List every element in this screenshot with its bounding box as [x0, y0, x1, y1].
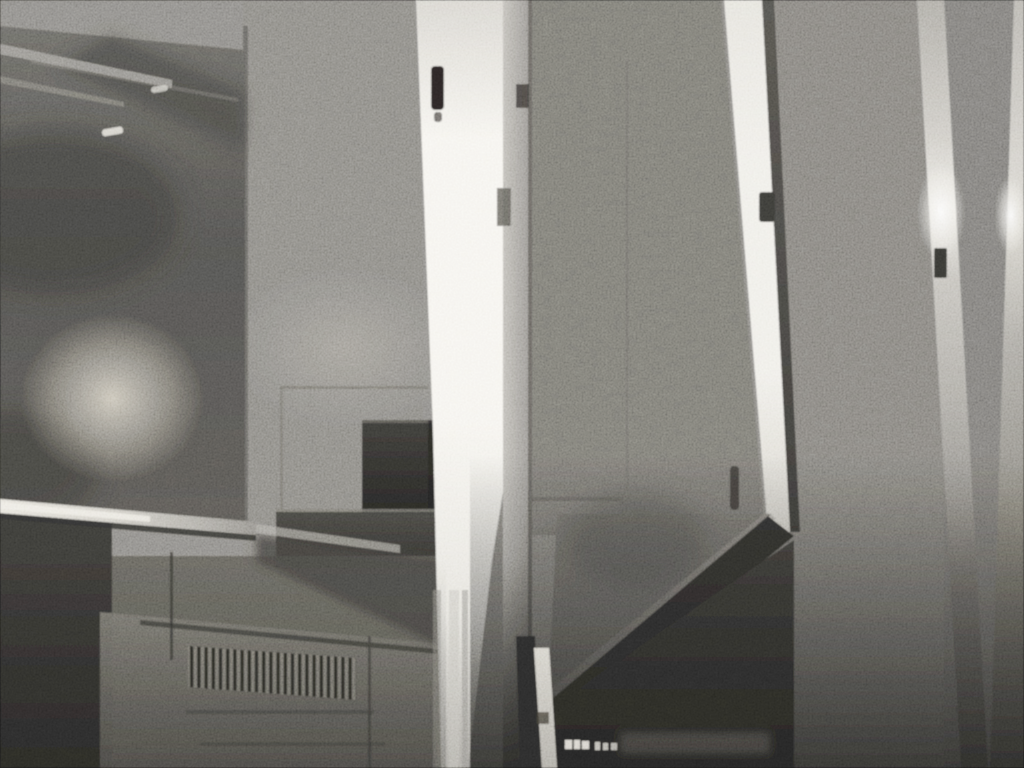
floor-light-band	[620, 732, 770, 754]
floor-glint	[595, 742, 600, 750]
hinge-mark-2	[759, 192, 775, 222]
wall-glow	[233, 268, 457, 428]
floor-glint	[574, 740, 580, 749]
floor-glint	[582, 741, 589, 749]
hinge-mark-1b	[434, 112, 442, 122]
lamp-glow-reflection	[20, 314, 204, 482]
hinge-mark-1	[431, 66, 444, 110]
floor-glint	[565, 740, 572, 749]
trim-notch-1	[934, 248, 947, 278]
door-bottom-stripe-2	[449, 590, 459, 768]
floor-glint	[611, 743, 617, 750]
tv-top-edge	[362, 420, 436, 423]
left-floor-shade	[0, 560, 446, 768]
door-bottom-stripe-3	[462, 590, 468, 768]
scene	[0, 0, 1024, 768]
frame-hinge-a	[516, 84, 529, 108]
frame-hinge-b	[497, 188, 511, 226]
trim-flare-1	[917, 164, 965, 260]
interior-photo: Grainy black-and-white photograph of an …	[0, 0, 1024, 768]
tv-silhouette	[362, 420, 436, 514]
floor-glint	[603, 743, 608, 750]
wall-ledge-line	[280, 386, 428, 389]
photo-canvas: Grainy black-and-white photograph of an …	[0, 0, 1024, 768]
silver-post-notch	[537, 712, 549, 724]
panel-seam	[626, 60, 628, 490]
wall-seam	[280, 388, 283, 516]
mirror-panel	[0, 26, 245, 530]
